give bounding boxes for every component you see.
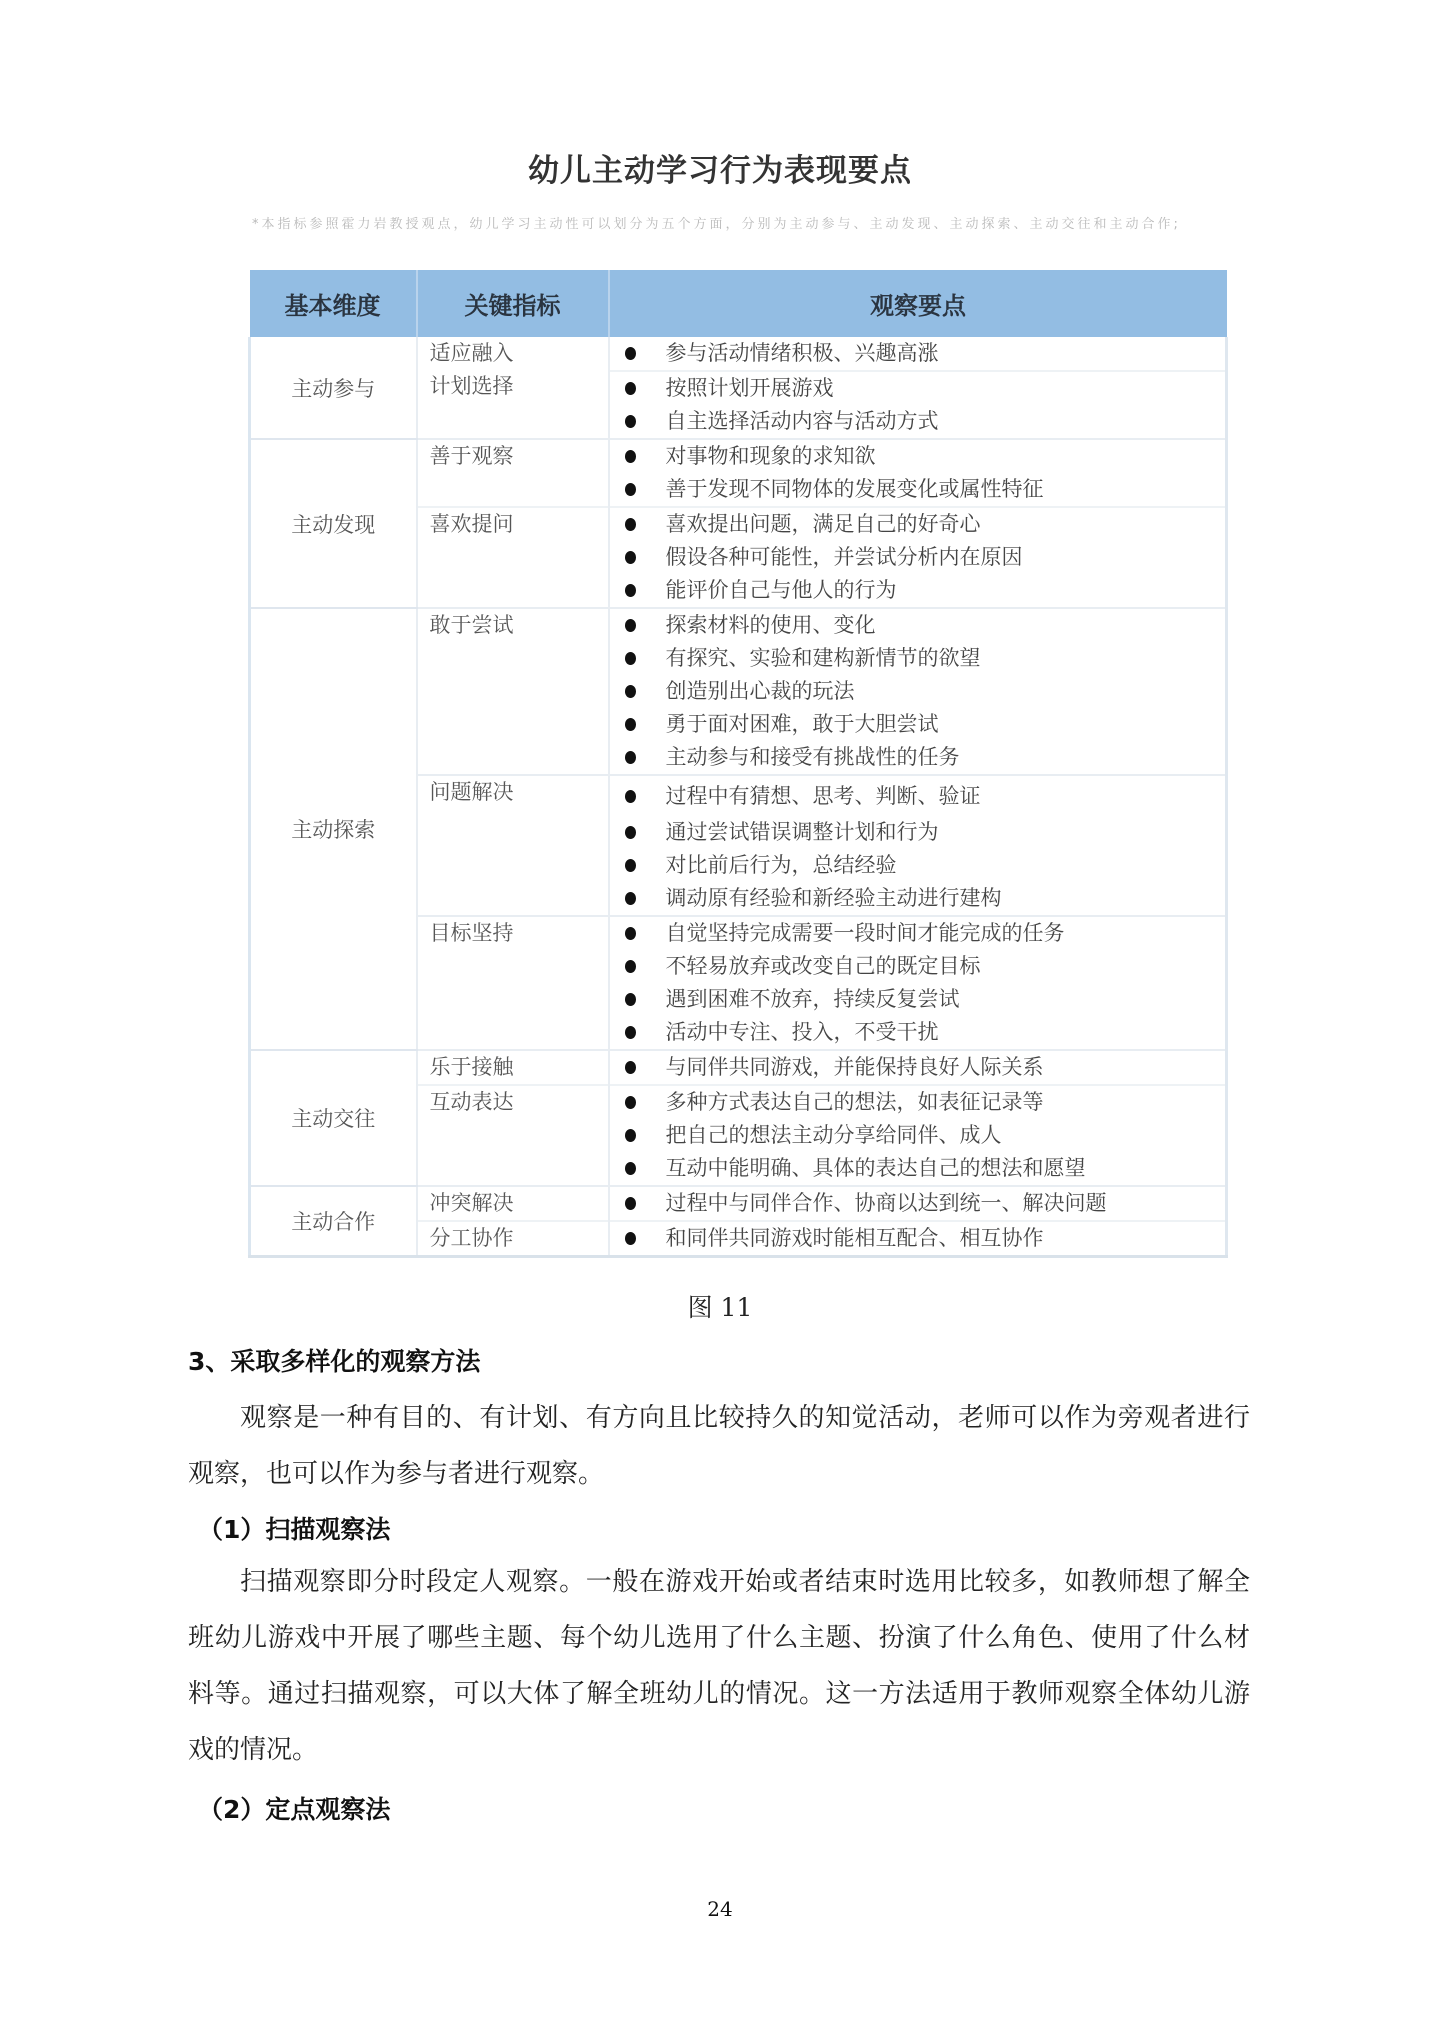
table-row: 主动合作 冲突解决 分工协作 过程中与同伴合作、协商以达到统一、解决问题 和同伴… [250,1186,1227,1257]
bullet-icon [625,927,636,940]
document-page: 幼儿主动学习行为表现要点 *本指标参照霍力岩教授观点，幼儿学习主动性可以划分为五… [0,0,1440,2036]
list-item: 不轻易放弃或改变自己的既定目标 [610,950,1226,983]
indicator-label: 互动表达 [430,1086,608,1119]
bullet-icon [625,1197,636,1210]
indicator-label: 善于观察 [430,440,608,473]
bullet-icon [625,1096,636,1109]
subsection-heading-scan: （1）扫描观察法 [198,1510,390,1546]
bullet-icon [625,551,636,564]
points-cell: 自觉坚持完成需要一段时间才能完成的任务 不轻易放弃或改变自己的既定目标 遇到困难… [609,916,1227,1050]
bullet-icon [625,1129,636,1142]
table-row: 主动发现 善于观察 喜欢提问 对事物和现象的求知欲 善于发现不同物体的发展变化或… [250,439,1227,608]
indicator-label: 计划选择 [430,370,608,403]
dimension-cell: 主动发现 [250,439,417,608]
list-item: 勇于面对困难，敢于大胆尝试 [610,708,1226,741]
indicator-label: 喜欢提问 [430,508,608,541]
bullet-icon [625,993,636,1006]
list-item: 把自己的想法主动分享给同伴、成人 [610,1119,1226,1152]
section-heading: 3、采取多样化的观察方法 [188,1342,480,1378]
bullet-icon [625,382,636,395]
list-item: 过程中与同伴合作、协商以达到统一、解决问题 [610,1187,1226,1222]
indicator-cell: 目标坚持 [417,916,609,1050]
points-cell: 过程中与同伴合作、协商以达到统一、解决问题 和同伴共同游戏时能相互配合、相互协作 [609,1186,1227,1257]
bullet-icon [625,859,636,872]
list-item: 善于发现不同物体的发展变化或属性特征 [610,473,1226,508]
list-item: 创造别出心裁的玩法 [610,675,1226,708]
bullet-icon [625,685,636,698]
header-indicator: 关键指标 [417,270,609,337]
page-number: 24 [0,1897,1440,1921]
list-item: 过程中有猜想、思考、判断、验证 [610,776,1226,816]
list-item: 调动原有经验和新经验主动进行建构 [610,882,1226,915]
indicator-label: 乐于接触 [418,1051,608,1086]
dimension-cell: 主动交往 [250,1050,417,1186]
bullet-icon [625,652,636,665]
bullet-icon [625,483,636,496]
list-item: 活动中专注、投入，不受干扰 [610,1016,1226,1049]
bullet-icon [625,1061,636,1074]
points-cell: 过程中有猜想、思考、判断、验证 通过尝试错误调整计划和行为 对比前后行为，总结经… [609,775,1227,916]
bullet-icon [625,826,636,839]
subsection-heading-fixed-point: （2）定点观察法 [198,1790,390,1826]
list-item: 按照计划开展游戏 [610,372,1226,405]
bullet-icon [625,892,636,905]
header-observation-points: 观察要点 [609,270,1227,337]
list-item: 能评价自己与他人的行为 [610,574,1226,607]
bullet-icon [625,718,636,731]
dimension-cell: 主动合作 [250,1186,417,1257]
bullet-icon [625,1162,636,1175]
indicator-label: 适应融入 [430,337,608,370]
indicator-label: 分工协作 [430,1222,608,1255]
indicator-label: 冲突解决 [418,1187,608,1222]
bullet-icon [625,347,636,360]
indicator-cell: 问题解决 [417,775,609,916]
table-header-row: 基本维度 关键指标 观察要点 [250,270,1227,337]
figure-footnote: *本指标参照霍力岩教授观点，幼儿学习主动性可以划分为五个方面，分别为主动参与、主… [252,208,1212,241]
list-item: 参与活动情绪积极、兴趣高涨 [610,337,1226,372]
indicator-label: 问题解决 [430,776,608,809]
scan-method-paragraph: 扫描观察即分时段定人观察。一般在游戏开始或者结束时选用比较多，如教师想了解全班幼… [188,1554,1250,1778]
indicator-cell: 适应融入 计划选择 [417,337,609,439]
bullet-icon [625,751,636,764]
list-item: 假设各种可能性，并尝试分析内在原因 [610,541,1226,574]
dimension-cell: 主动探索 [250,608,417,1050]
figure-caption: 图 11 [0,1288,1440,1324]
bullet-icon [625,415,636,428]
bullet-icon [625,1232,636,1245]
bullet-icon [625,584,636,597]
list-item: 主动参与和接受有挑战性的任务 [610,741,1226,774]
indicator-cell: 敢于尝试 [417,608,609,775]
table-row: 主动交往 乐于接触 互动表达 与同伴共同游戏，并能保持良好人际关系 多种方式表达… [250,1050,1227,1186]
bullet-icon [625,1026,636,1039]
list-item: 喜欢提出问题，满足自己的好奇心 [610,508,1226,541]
figure-title: 幼儿主动学习行为表现要点 [0,145,1440,190]
indicator-label: 目标坚持 [430,917,608,950]
list-item: 对事物和现象的求知欲 [610,440,1226,473]
list-item: 探索材料的使用、变化 [610,609,1226,642]
list-item: 通过尝试错误调整计划和行为 [610,816,1226,849]
bullet-icon [625,619,636,632]
list-item: 和同伴共同游戏时能相互配合、相互协作 [610,1222,1226,1255]
table-row: 主动探索 敢于尝试 探索材料的使用、变化 有探究、实验和建构新情节的欲望 创造别… [250,608,1227,775]
list-item: 与同伴共同游戏，并能保持良好人际关系 [610,1051,1226,1086]
list-item: 自主选择活动内容与活动方式 [610,405,1226,438]
indicator-cell: 冲突解决 分工协作 [417,1186,609,1257]
bullet-icon [625,518,636,531]
dimension-cell: 主动参与 [250,337,417,439]
points-cell: 对事物和现象的求知欲 善于发现不同物体的发展变化或属性特征 喜欢提出问题，满足自… [609,439,1227,608]
bullet-icon [625,790,636,803]
list-item: 自觉坚持完成需要一段时间才能完成的任务 [610,917,1226,950]
list-item: 多种方式表达自己的想法，如表征记录等 [610,1086,1226,1119]
points-cell: 与同伴共同游戏，并能保持良好人际关系 多种方式表达自己的想法，如表征记录等 把自… [609,1050,1227,1186]
bullet-icon [625,960,636,973]
points-cell: 探索材料的使用、变化 有探究、实验和建构新情节的欲望 创造别出心裁的玩法 勇于面… [609,608,1227,775]
points-cell: 参与活动情绪积极、兴趣高涨 按照计划开展游戏 自主选择活动内容与活动方式 [609,337,1227,439]
header-dimension: 基本维度 [250,270,417,337]
behavior-indicators-table: 基本维度 关键指标 观察要点 主动参与 适应融入 计划选择 参与活动情绪积极、兴… [248,270,1228,1258]
table-row: 主动参与 适应融入 计划选择 参与活动情绪积极、兴趣高涨 按照计划开展游戏 自主… [250,337,1227,439]
indicator-cell: 乐于接触 互动表达 [417,1050,609,1186]
list-item: 遇到困难不放弃，持续反复尝试 [610,983,1226,1016]
intro-paragraph: 观察是一种有目的、有计划、有方向且比较持久的知觉活动，老师可以作为旁观者进行观察… [188,1390,1250,1502]
list-item: 互动中能明确、具体的表达自己的想法和愿望 [610,1152,1226,1185]
indicator-label: 敢于尝试 [430,609,608,642]
indicator-cell: 善于观察 喜欢提问 [417,439,609,608]
bullet-icon [625,450,636,463]
list-item: 有探究、实验和建构新情节的欲望 [610,642,1226,675]
list-item: 对比前后行为，总结经验 [610,849,1226,882]
